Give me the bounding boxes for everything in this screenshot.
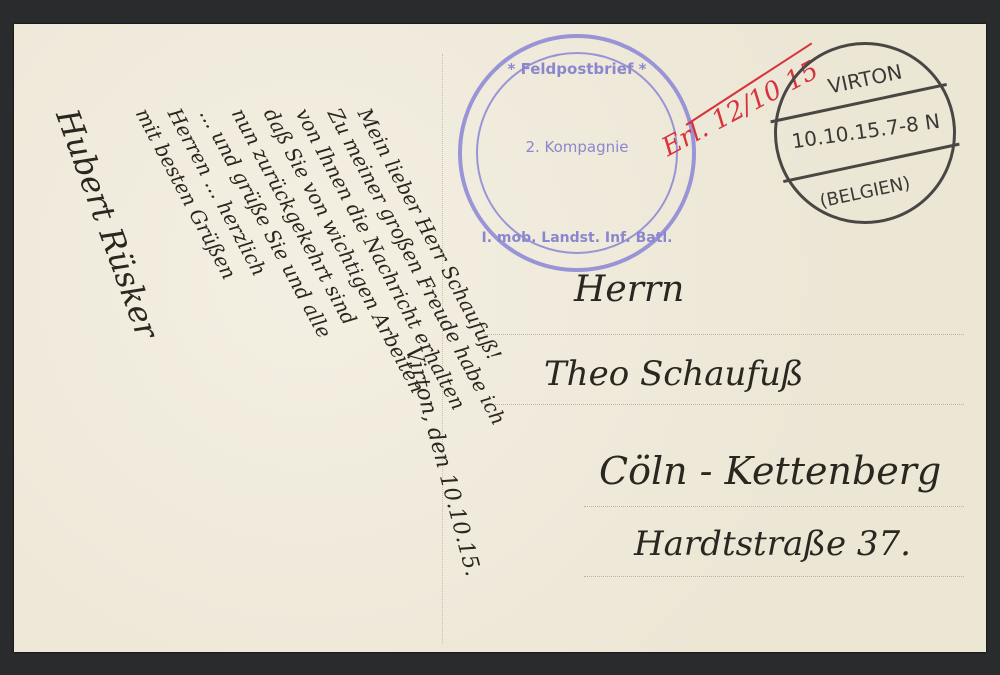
- address-city: Cöln - Kettenberg: [599, 449, 941, 493]
- address-salutation: Herrn: [574, 269, 684, 310]
- address-line: [484, 334, 964, 335]
- feldpost-bottom-text: I. mob. Landst. Inf. Batl.: [462, 230, 692, 246]
- feldpost-stamp: * Feldpostbrief * 2. Kompagnie I. mob. L…: [458, 34, 696, 272]
- address-line: [584, 506, 964, 507]
- address-line: [484, 404, 964, 405]
- address-name: Theo Schaufuß: [544, 354, 804, 394]
- address-street: Hardtstraße 37.: [634, 524, 911, 564]
- feldpost-top-text: * Feldpostbrief *: [462, 60, 692, 78]
- feldpost-center-text: 2. Kompagnie: [462, 138, 692, 156]
- postmark: VIRTON 10.10.15.7-8 N (BELGIEN): [774, 42, 956, 224]
- message-area: Mein lieber Herr Schaufuß! Zu meiner gro…: [44, 64, 444, 624]
- postcard: * Feldpostbrief * 2. Kompagnie I. mob. L…: [14, 24, 986, 652]
- address-line: [584, 576, 964, 577]
